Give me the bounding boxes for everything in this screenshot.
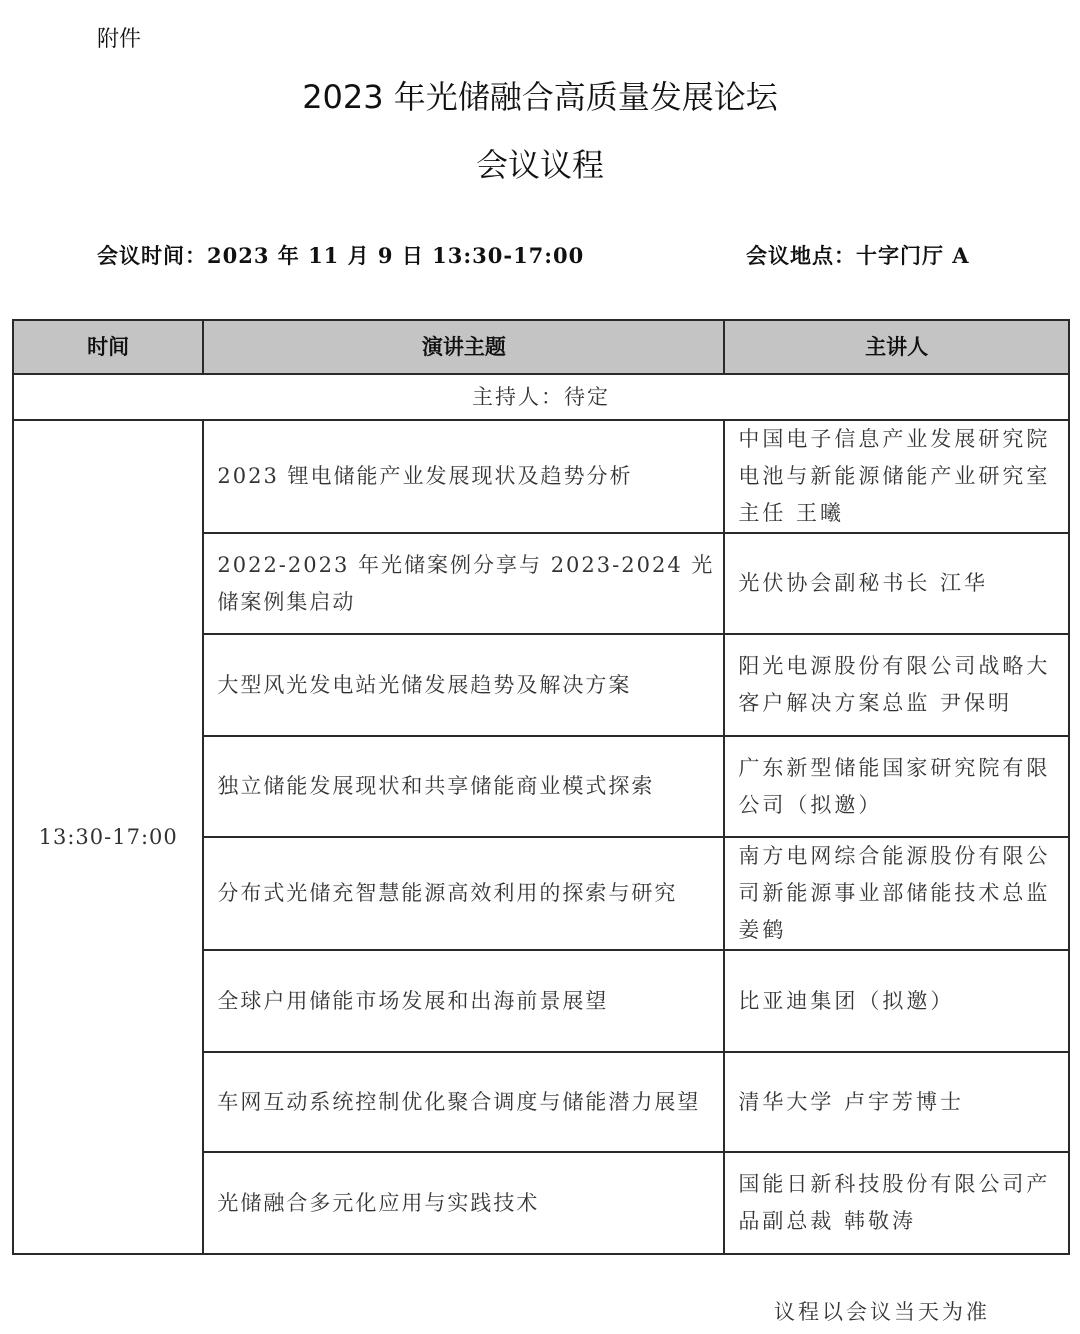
footer-note: 议程以会议当天为准 bbox=[774, 1296, 990, 1326]
topic-cell: 大型风光发电站光储发展趋势及解决方案 bbox=[203, 634, 724, 736]
topic-cell: 车网互动系统控制优化聚合调度与储能潜力展望 bbox=[203, 1052, 724, 1152]
header-time: 时间 bbox=[13, 320, 203, 374]
document-title: 2023 年光储融合高质量发展论坛 bbox=[0, 72, 1080, 118]
topic-cell: 分布式光储充智慧能源高效利用的探索与研究 bbox=[203, 837, 724, 950]
document-subtitle: 会议议程 bbox=[0, 140, 1080, 186]
topic-cell: 独立储能发展现状和共享储能商业模式探索 bbox=[203, 736, 724, 837]
speaker-cell: 光伏协会副秘书长 江华 bbox=[724, 533, 1069, 634]
speaker-cell: 南方电网综合能源股份有限公司新能源事业部储能技术总监姜鹤 bbox=[724, 837, 1069, 950]
speaker-cell: 广东新型储能国家研究院有限公司（拟邀） bbox=[724, 736, 1069, 837]
topic-cell: 全球户用储能市场发展和出海前景展望 bbox=[203, 950, 724, 1052]
speaker-cell: 比亚迪集团（拟邀） bbox=[724, 950, 1069, 1052]
speaker-cell: 阳光电源股份有限公司战略大客户解决方案总监 尹保明 bbox=[724, 634, 1069, 736]
table-header-row: 时间 演讲主题 主讲人 bbox=[13, 320, 1069, 374]
speaker-cell: 中国电子信息产业发展研究院电池与新能源储能产业研究室主任 王曦 bbox=[724, 420, 1069, 533]
time-slot-cell: 13:30-17:00 bbox=[13, 420, 203, 1254]
attachment-label: 附件 bbox=[97, 22, 141, 53]
topic-cell: 光储融合多元化应用与实践技术 bbox=[203, 1152, 724, 1254]
header-topic: 演讲主题 bbox=[203, 320, 724, 374]
host-row: 主持人：待定 bbox=[13, 374, 1069, 420]
meeting-time: 会议时间：2023 年 11 月 9 日 13:30-17:00 bbox=[97, 240, 584, 270]
topic-cell: 2023 锂电储能产业发展现状及趋势分析 bbox=[203, 420, 724, 533]
meeting-place: 会议地点：十字门厅 A bbox=[746, 240, 970, 270]
header-speaker: 主讲人 bbox=[724, 320, 1069, 374]
topic-cell: 2022-2023 年光储案例分享与 2023-2024 光储案例集启动 bbox=[203, 533, 724, 634]
speaker-cell: 清华大学 卢宇芳博士 bbox=[724, 1052, 1069, 1152]
host-cell: 主持人：待定 bbox=[13, 374, 1069, 420]
table-row: 13:30-17:002023 锂电储能产业发展现状及趋势分析中国电子信息产业发… bbox=[13, 420, 1069, 533]
agenda-table: 时间 演讲主题 主讲人 主持人：待定 13:30-17:002023 锂电储能产… bbox=[12, 319, 1070, 1255]
speaker-cell: 国能日新科技股份有限公司产品副总裁 韩敬涛 bbox=[724, 1152, 1069, 1254]
